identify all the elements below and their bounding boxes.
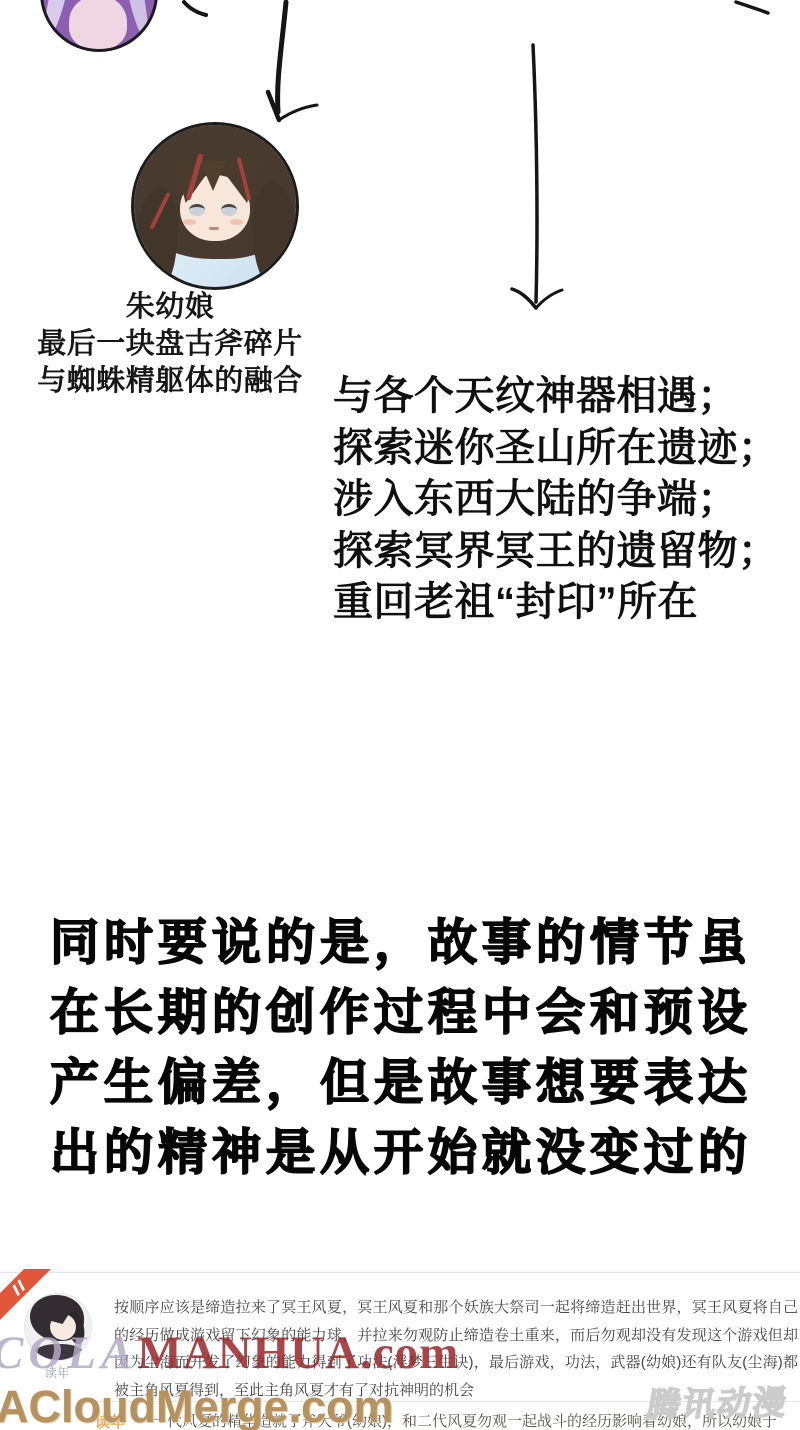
character-name: 朱幼娘 [18,289,322,326]
watermark-colamanhua: COLAMANHUA.com [0,1326,459,1380]
statement-line: 在长期的创作过程中会和预设 [50,978,798,1048]
plot-line: 涉入东西大陆的争端； [333,474,795,526]
character-caption: 朱幼娘 最后一块盘古斧碎片 与蜘蛛精躯体的融合 [18,289,322,400]
plot-line: 探索迷你圣山所在遗迹； [333,423,795,475]
top-partial-avatar [40,0,158,52]
comic-page: 朱幼娘 最后一块盘古斧碎片 与蜘蛛精躯体的融合 与各个天纹神器相遇； 探索迷你圣… [0,0,800,1430]
plot-line: 与各个天纹神器相遇； [333,371,795,423]
watermark-manhua-part: MANHUA.com [137,1327,459,1379]
curved-down-arrow-icon [255,0,335,140]
caption-line-2: 与蜘蛛精躯体的融合 [18,363,322,400]
plot-line: 探索冥界冥王的遗留物； [333,526,795,578]
statement-line: 同时要说的是，故事的情节虽 [50,908,798,978]
arrow-stub-icon [178,0,214,22]
statement-line: 出的精神是从开始就没变过的 [50,1118,798,1188]
statement-line: 产生偏差，但是故事想要表达 [50,1048,798,1118]
statement-block: 同时要说的是，故事的情节虽 在长期的创作过程中会和预设 产生偏差，但是故事想要表… [50,908,798,1188]
eye [189,204,205,216]
blush [230,219,243,225]
plot-line: 重回老祖“封印”所在 [333,577,795,629]
character-avatar [131,122,299,290]
avatar-chest [69,0,127,49]
eye [221,204,237,216]
top-right-stroke-icon [732,0,772,16]
long-down-arrow-icon [500,40,580,320]
blush [183,219,196,225]
watermark-acloudmerge: ACloudMerge.com [0,1381,394,1430]
mouth [209,227,219,230]
watermark-cola-part: COLA [0,1327,137,1379]
tencent-comics-logo: 腾讯动漫 [644,1377,792,1426]
plot-list: 与各个天纹神器相遇； 探索迷你圣山所在遗迹； 涉入东西大陆的争端； 探索冥界冥王… [333,371,795,629]
caption-line-1: 最后一块盘古斧碎片 [18,326,322,363]
